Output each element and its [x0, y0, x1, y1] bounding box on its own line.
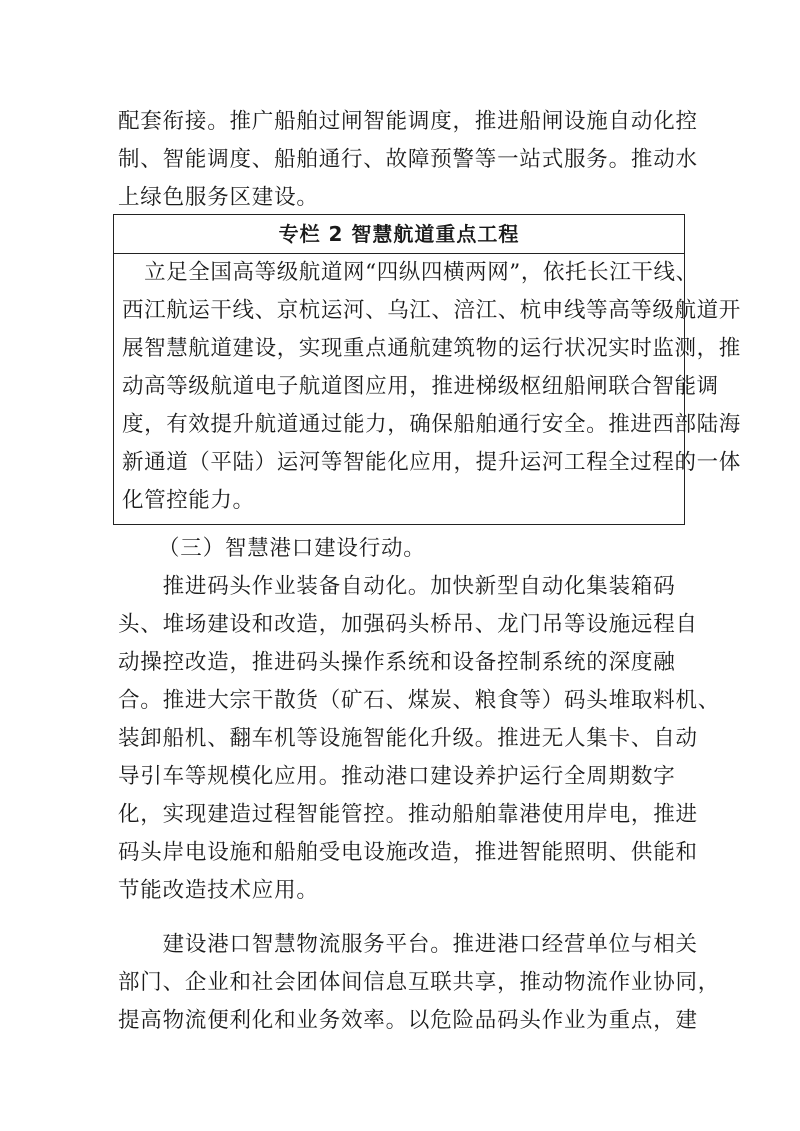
sidebar-box-line: 度，有效提升航道通过能力，确保船舶通行安全。推进西部陆海 [122, 411, 682, 439]
paragraph-line: 头、堆场建设和改造，加强码头桥吊、龙门吊等设施远程自 [118, 611, 688, 639]
intro-line: 上绿色服务区建设。 [118, 184, 688, 212]
paragraph-line: 码头岸电设施和船舶受电设施改造，推进智能照明、供能和 [118, 839, 688, 867]
paragraph-line: 合。推进大宗干散货（矿石、煤炭、粮食等）码头堆取料机、 [118, 687, 688, 715]
paragraph-line: 动操控改造，推进码头操作系统和设备控制系统的深度融 [118, 649, 688, 677]
paragraph-line: 建设港口智慧物流服务平台。推进港口经营单位与相关 [118, 931, 688, 959]
paragraph-line: 装卸船机、翻车机等设施智能化升级。推进无人集卡、自动 [118, 725, 688, 753]
paragraph-line: 化，实现建造过程智能管控。推动船舶靠港使用岸电，推进 [118, 801, 688, 829]
intro-line: 配套衔接。推广船舶过闸智能调度，推进船闸设施自动化控 [118, 108, 688, 136]
sidebar-box: 专栏 2 智慧航道重点工程 立足全国高等级航道网“四纵四横两网”，依托长江干线、… [113, 214, 685, 525]
paragraph-line: 提高物流便利化和业务效率。以危险品码头作业为重点，建 [118, 1007, 688, 1035]
sidebar-box-line: 西江航运干线、京杭运河、乌江、涪江、杭申线等高等级航道开 [122, 297, 682, 325]
sidebar-box-line: 动高等级航道电子航道图应用，推进梯级枢纽船闸联合智能调 [122, 373, 682, 401]
sidebar-box-title: 专栏 2 智慧航道重点工程 [114, 215, 684, 254]
sidebar-box-line: 化管控能力。 [122, 487, 682, 515]
intro-line: 制、智能调度、船舶通行、故障预警等一站式服务。推动水 [118, 146, 688, 174]
section-heading: （三）智慧港口建设行动。 [158, 535, 728, 563]
paragraph-line: 推进码头作业装备自动化。加快新型自动化集装箱码 [118, 573, 688, 601]
sidebar-box-line: 立足全国高等级航道网“四纵四横两网”，依托长江干线、 [122, 259, 682, 287]
paragraph-line: 节能改造技术应用。 [118, 877, 688, 905]
sidebar-box-line: 新通道（平陆）运河等智能化应用，提升运河工程全过程的一体 [122, 449, 682, 477]
document-page: 配套衔接。推广船舶过闸智能调度，推进船闸设施自动化控 制、智能调度、船舶通行、故… [0, 0, 800, 1131]
paragraph-line: 导引车等规模化应用。推动港口建设养护运行全周期数字 [118, 763, 688, 791]
sidebar-box-line: 展智慧航道建设，实现重点通航建筑物的运行状况实时监测，推 [122, 335, 682, 363]
paragraph-line: 部门、企业和社会团体间信息互联共享，推动物流作业协同， [118, 969, 688, 997]
